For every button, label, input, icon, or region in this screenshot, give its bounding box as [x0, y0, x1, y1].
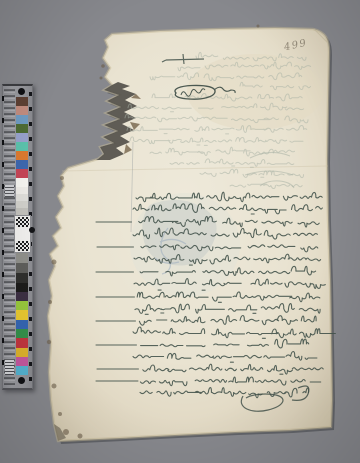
- color-patch-black: [16, 283, 28, 292]
- color-patch-gray-4: [16, 208, 28, 215]
- color-patch-salmon: [16, 106, 28, 115]
- color-patch-aubergine: [16, 292, 28, 301]
- color-patch-orange: [16, 151, 28, 160]
- color-patch-gray-1: [16, 187, 28, 194]
- color-patch-mid-gray: [16, 253, 28, 263]
- registration-dot-bottom: [18, 377, 25, 384]
- color-patch-dark-gray: [16, 263, 28, 273]
- color-patch-cyan: [16, 366, 28, 375]
- color-patch-green: [16, 329, 28, 338]
- color-patch-near-black: [16, 273, 28, 283]
- color-patch-yellow-green: [16, 301, 28, 310]
- color-patch-steel-blue: [16, 115, 28, 124]
- colorbar-edge-ticks: [2, 96, 4, 382]
- color-patch-aqua-mint: [16, 142, 28, 151]
- color-patch-lavender: [16, 133, 28, 142]
- color-patch-gray-2: [16, 194, 28, 201]
- color-patch-yellow: [16, 310, 28, 320]
- color-calibration-bar: [2, 84, 33, 390]
- color-patch-gray-3: [16, 201, 28, 208]
- archival-photo: 499: [0, 0, 360, 463]
- resolution-target: [14, 215, 31, 253]
- manuscript-page: [0, 0, 360, 463]
- color-patch-crimson: [16, 169, 28, 178]
- color-patch-amber: [16, 348, 28, 357]
- color-patch-blue: [16, 320, 28, 329]
- registration-dot-mid: [29, 227, 35, 233]
- color-patch-white: [16, 178, 28, 187]
- registration-dot-top: [18, 88, 25, 95]
- color-patch-magenta: [16, 357, 28, 366]
- color-patch-olive-green: [16, 124, 28, 133]
- color-patch-medium-blue: [16, 160, 28, 169]
- color-patch-dark-brown: [16, 97, 28, 106]
- color-patch-red: [16, 338, 28, 348]
